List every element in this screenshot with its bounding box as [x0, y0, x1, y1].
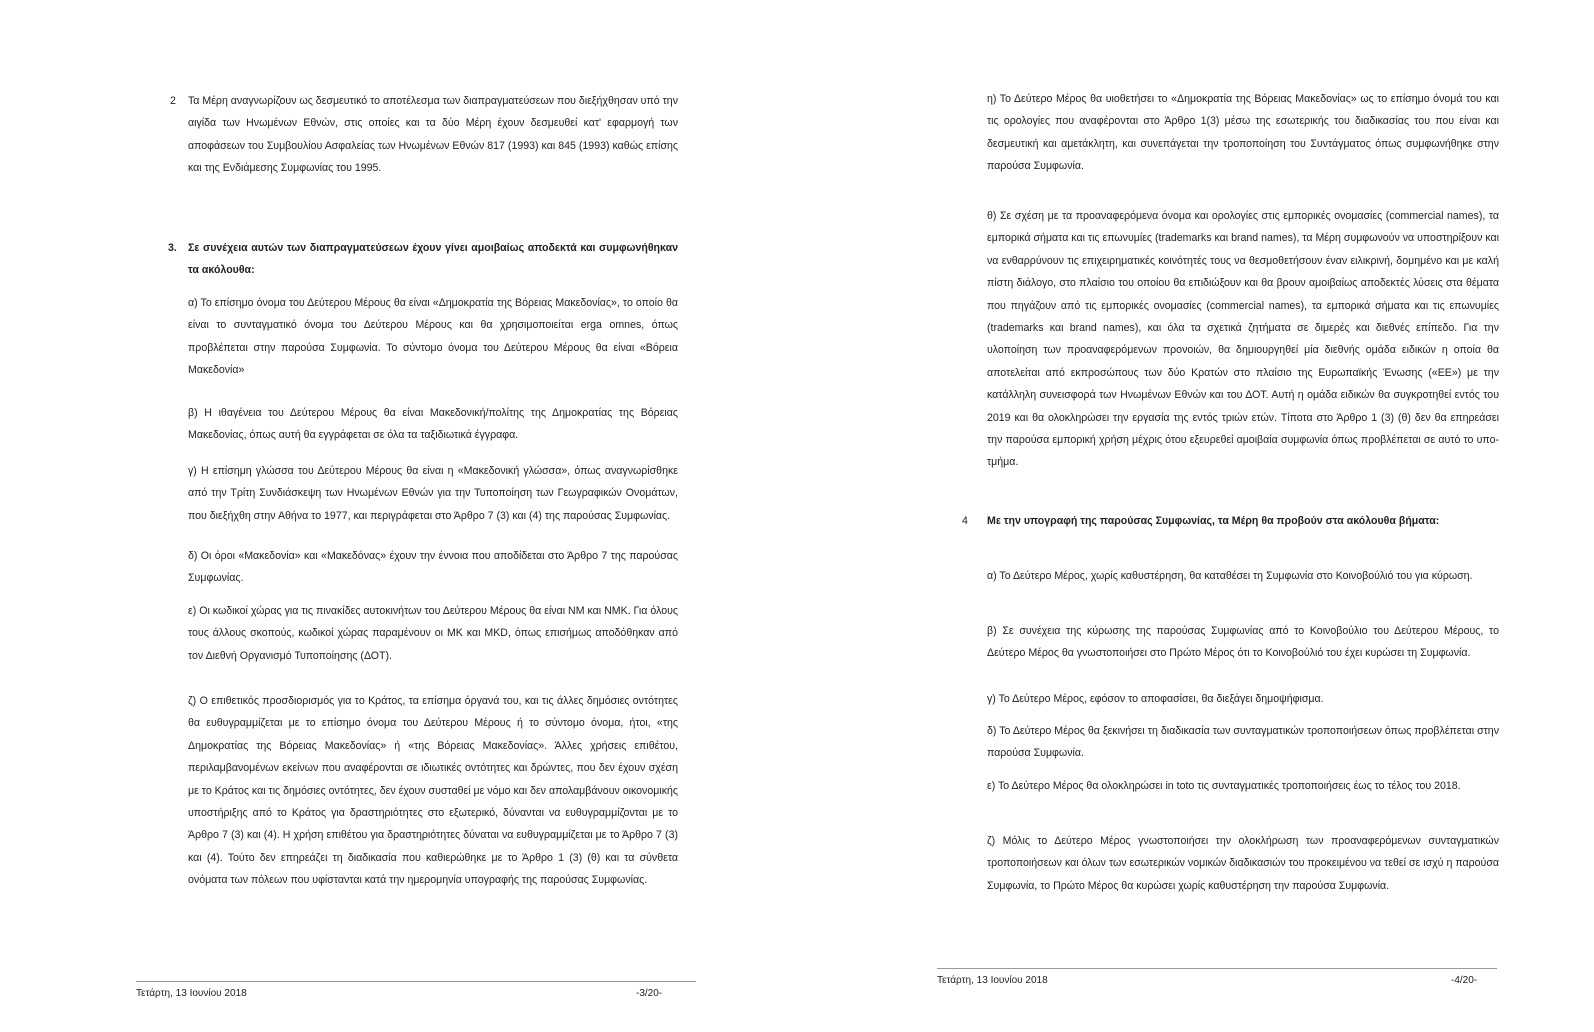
footer-divider: [937, 968, 1497, 969]
clause-3d: δ) Οι όροι «Μακεδονία» και «Μακεδόνας» έ…: [188, 545, 678, 590]
footer-date: Τετάρτη, 13 Ιουνίου 2018: [937, 975, 1048, 986]
clause-4a: α) Το Δεύτερο Μέρος, χωρίς καθυστέρηση, …: [987, 565, 1499, 587]
clause-3i: θ) Σε σχέση με τα προαναφερόμενα όνομα κ…: [987, 205, 1499, 474]
clause-4e: ε) Το Δεύτερο Μέρος θα ολοκληρώσει in to…: [987, 775, 1499, 797]
paragraph-4: Με την υπογραφή της παρούσας Συμφωνίας, …: [987, 510, 1499, 532]
footer-page-number: -3/20-: [636, 988, 662, 999]
footer-page-number: -4/20-: [1451, 975, 1477, 986]
clause-3e: ε) Οι κωδικοί χώρας για τις πινακίδες αυ…: [188, 600, 678, 667]
paragraph-number: 4: [962, 510, 968, 532]
clause-4c: γ) Το Δεύτερο Μέρος, εφόσον το αποφασίσε…: [987, 688, 1499, 710]
clause-4d: δ) Το Δεύτερο Μέρος θα ξεκινήσει τη διαδ…: [987, 720, 1499, 765]
clause-3h: η) Το Δεύτερο Μέρος θα υιοθετήσει το «Δη…: [987, 88, 1499, 178]
document-page-4: η) Το Δεύτερο Μέρος θα υιοθετήσει το «Δη…: [797, 0, 1594, 1032]
document-page-3: 2 Τα Μέρη αναγνωρίζουν ως δεσμευτικό το …: [0, 0, 797, 1032]
footer-date: Τετάρτη, 13 Ιουνίου 2018: [136, 988, 247, 999]
paragraph-2: Τα Μέρη αναγνωρίζουν ως δεσμευτικό το απ…: [188, 90, 678, 180]
clause-4b: β) Σε συνέχεια της κύρωσης της παρούσας …: [987, 620, 1499, 665]
clause-3c: γ) Η επίσημη γλώσσα του Δεύτερου Μέρους …: [188, 460, 678, 527]
clause-3f: ζ) Ο επιθετικός προσδιορισμός για το Κρά…: [188, 690, 678, 892]
paragraph-3: Σε συνέχεια αυτών των διαπραγματεύσεων έ…: [188, 237, 678, 282]
clause-3b: β) Η ιθαγένεια του Δεύτερου Μέρους θα εί…: [188, 402, 678, 447]
paragraph-number: 3.: [168, 237, 177, 259]
clause-4f: ζ) Μόλις το Δεύτερο Μέρος γνωστοποιήσει …: [987, 830, 1499, 897]
footer-divider: [136, 981, 696, 982]
paragraph-number: 2: [170, 90, 176, 112]
clause-3a: α) Το επίσημο όνομα του Δεύτερου Μέρους …: [188, 292, 678, 382]
